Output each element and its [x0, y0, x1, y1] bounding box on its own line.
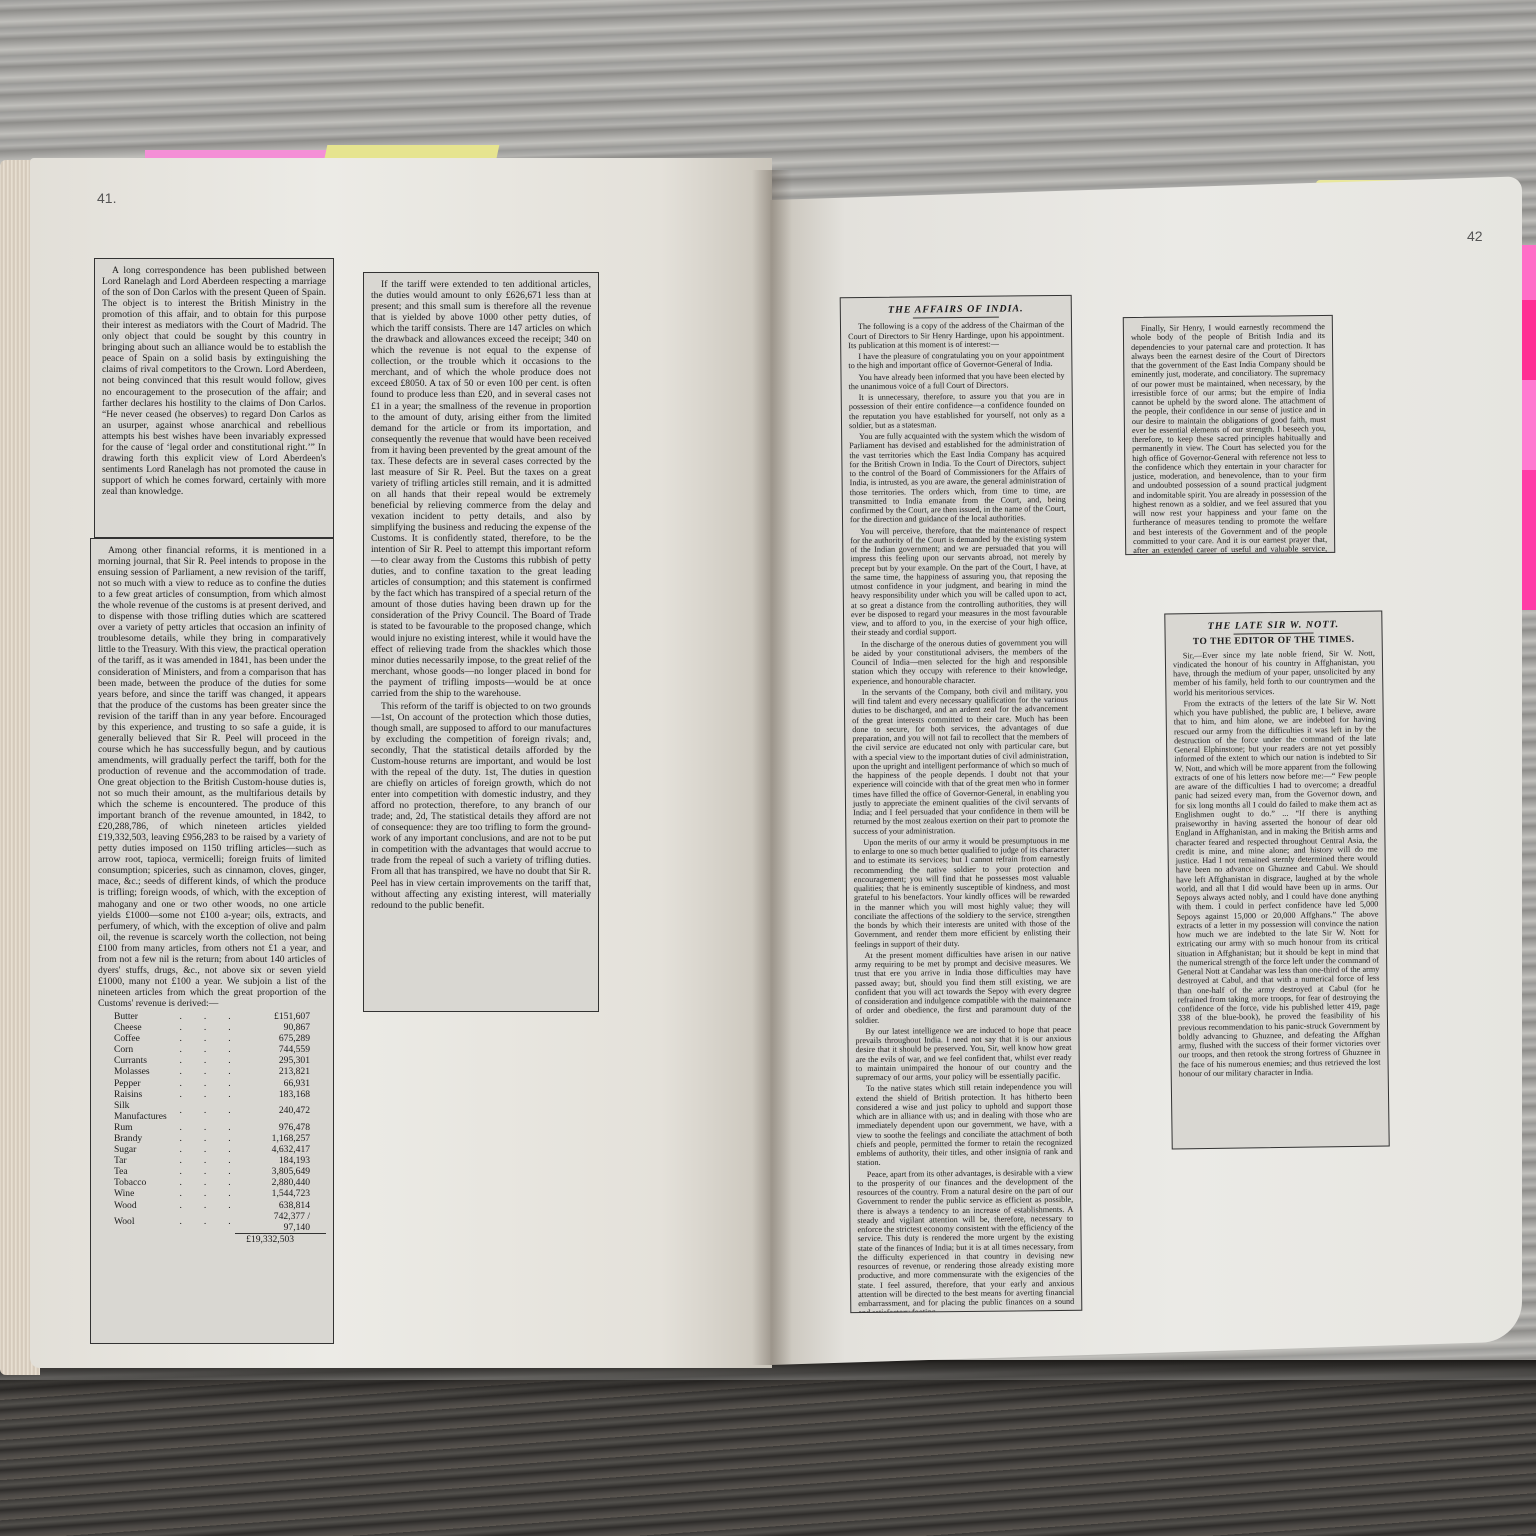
customs-table-row: Wood...638,814: [114, 1200, 310, 1211]
article-value: £151,607: [253, 1011, 310, 1022]
article-value: 744,559: [253, 1044, 310, 1055]
article-value: 183,168: [253, 1089, 310, 1100]
clipping-paragraph: Peace, apart from its other advantages, …: [857, 1167, 1075, 1313]
table-surface-dark: [0, 1380, 1536, 1536]
customs-table-row: Molasses...213,821: [114, 1066, 310, 1077]
clipping-financial-reforms: Among other financial reforms, it is men…: [90, 538, 334, 1344]
leader-dots: ...: [179, 1011, 252, 1022]
customs-table-row: Currants...295,301: [114, 1055, 310, 1066]
article-name: Butter: [114, 1011, 179, 1022]
article-name: Cheese: [114, 1022, 179, 1033]
customs-table-row: Wine...1,544,723: [114, 1188, 310, 1199]
clipping-india-continued: Finally, Sir Henry, I would earnestly re…: [1123, 315, 1335, 555]
clipping-paragraph: You have already been informed that you …: [848, 370, 1064, 391]
customs-table-row: Tobacco...2,880,440: [114, 1177, 310, 1188]
clipping-paragraph: A long correspondence has been published…: [102, 265, 326, 497]
article-value: 638,814: [253, 1200, 310, 1211]
clipping-paragraph: In the discharge of the onerous duties o…: [851, 637, 1067, 686]
article-name: Pepper: [114, 1078, 179, 1089]
article-value: 742,377 / 97,140: [253, 1211, 310, 1233]
clipping-subtitle: TO THE EDITOR OF THE TIMES.: [1173, 636, 1375, 648]
article-value: 3,805,649: [253, 1166, 310, 1177]
article-name: Molasses: [114, 1066, 179, 1077]
customs-table-row: Pepper...66,931: [114, 1078, 310, 1089]
article-value: 2,880,440: [253, 1177, 310, 1188]
page-number-left: 41.: [97, 190, 116, 206]
clipping-spain-marriage: A long correspondence has been published…: [94, 258, 334, 538]
clipping-paragraph: Among other financial reforms, it is men…: [98, 545, 326, 1009]
clipping-title: THE AFFAIRS OF INDIA.: [848, 304, 1064, 316]
customs-table-row: Brandy...1,168,257: [114, 1133, 310, 1144]
leader-dots: ...: [179, 1211, 252, 1233]
title-rule: [1233, 633, 1314, 635]
article-name: Wood: [114, 1200, 179, 1211]
article-name: Tobacco: [114, 1177, 179, 1188]
leader-dots: ...: [179, 1166, 252, 1177]
article-value: 1,544,723: [253, 1188, 310, 1199]
leader-dots: ...: [179, 1144, 252, 1155]
customs-table-row: Cheese...90,867: [114, 1022, 310, 1033]
clipping-paragraph: At the present moment difficulties have …: [855, 949, 1072, 1025]
leader-dots: ...: [179, 1089, 252, 1100]
clipping-paragraph: This reform of the tariff is objected to…: [371, 701, 591, 911]
leader-dots: ...: [179, 1044, 252, 1055]
clipping-title: THE LATE SIR W. NOTT.: [1172, 620, 1374, 632]
title-rule: [913, 317, 999, 319]
article-name: Currants: [114, 1055, 179, 1066]
customs-table-row: Corn...744,559: [114, 1044, 310, 1055]
clipping-paragraph: You will perceive, therefore, that the m…: [850, 524, 1067, 637]
article-value: 213,821: [253, 1066, 310, 1077]
article-value: 184,193: [253, 1155, 310, 1166]
article-name: Brandy: [114, 1133, 179, 1144]
leader-dots: ...: [179, 1155, 252, 1166]
leader-dots: ...: [179, 1022, 252, 1033]
customs-table-row: Silk Manufactures...240,472: [114, 1100, 310, 1122]
article-name: Corn: [114, 1044, 179, 1055]
clipping-paragraph: If the tariff were extended to ten addit…: [371, 279, 591, 699]
leader-dots: ...: [179, 1177, 252, 1188]
leader-dots: ...: [179, 1055, 252, 1066]
article-name: Tea: [114, 1166, 179, 1177]
clipping-paragraph: Sir,—Ever since my late noble friend, Si…: [1173, 648, 1376, 697]
article-name: Wine: [114, 1188, 179, 1199]
article-name: Coffee: [114, 1033, 179, 1044]
clipping-paragraph: You are fully acquainted with the system…: [849, 430, 1066, 525]
customs-table-row: Rum...976,478: [114, 1122, 310, 1133]
customs-table-row: Sugar...4,632,417: [114, 1144, 310, 1155]
article-value: 295,301: [253, 1055, 310, 1066]
clipping-late-sir-w-nott: THE LATE SIR W. NOTT. TO THE EDITOR OF T…: [1164, 611, 1389, 1150]
customs-table-row: Coffee...675,289: [114, 1033, 310, 1044]
leader-dots: ...: [179, 1200, 252, 1211]
clipping-paragraph: To the native states which still retain …: [856, 1082, 1073, 1168]
article-value: 1,168,257: [253, 1133, 310, 1144]
customs-table-row: Raisins...183,168: [114, 1089, 310, 1100]
clipping-paragraph: It is unnecessary, therefore, to assure …: [849, 391, 1065, 430]
leader-dots: ...: [179, 1033, 252, 1044]
article-value: 66,931: [253, 1078, 310, 1089]
article-name: Tar: [114, 1155, 179, 1166]
clipping-paragraph: By our latest intelligence we are induce…: [855, 1025, 1072, 1083]
page-number-right: 42: [1467, 228, 1483, 244]
clipping-tariff-extension: If the tariff were extended to ten addit…: [363, 272, 599, 1012]
leader-dots: ...: [179, 1100, 252, 1122]
article-value: 240,472: [253, 1100, 310, 1122]
leader-dots: ...: [179, 1122, 252, 1133]
clipping-paragraph: The following is a copy of the address o…: [848, 320, 1064, 350]
article-name: Wool: [114, 1211, 179, 1233]
clipping-affairs-of-india: THE AFFAIRS OF INDIA. The following is a…: [840, 295, 1083, 1313]
customs-revenue-table: Butter...£151,607Cheese...90,867Coffee..…: [114, 1011, 310, 1233]
leader-dots: ...: [179, 1066, 252, 1077]
leader-dots: ...: [179, 1078, 252, 1089]
leader-dots: ...: [179, 1188, 252, 1199]
article-value: 90,867: [253, 1022, 310, 1033]
article-value: 4,632,417: [253, 1144, 310, 1155]
customs-table-row: Butter...£151,607: [114, 1011, 310, 1022]
article-name: Sugar: [114, 1144, 179, 1155]
customs-table-row: Tea...3,805,649: [114, 1166, 310, 1177]
leader-dots: ...: [179, 1133, 252, 1144]
clipping-paragraph: In the servants of the Company, both civ…: [852, 686, 1070, 836]
clipping-paragraph: Finally, Sir Henry, I would earnestly re…: [1131, 322, 1328, 555]
customs-total: £19,332,503: [235, 1233, 326, 1245]
customs-table-row: Wool...742,377 / 97,140: [114, 1211, 310, 1233]
article-value: 976,478: [253, 1122, 310, 1133]
article-value: 675,289: [253, 1033, 310, 1044]
clipping-paragraph: From the extracts of the letters of the …: [1173, 696, 1380, 1078]
clipping-paragraph: Upon the merits of our army it would be …: [853, 836, 1070, 949]
clipping-paragraph: I have the pleasure of congratulating yo…: [848, 350, 1064, 371]
article-name: Silk Manufactures: [114, 1100, 179, 1122]
article-name: Raisins: [114, 1089, 179, 1100]
customs-table-row: Tar...184,193: [114, 1155, 310, 1166]
article-name: Rum: [114, 1122, 179, 1133]
book-gutter: [752, 170, 792, 1365]
